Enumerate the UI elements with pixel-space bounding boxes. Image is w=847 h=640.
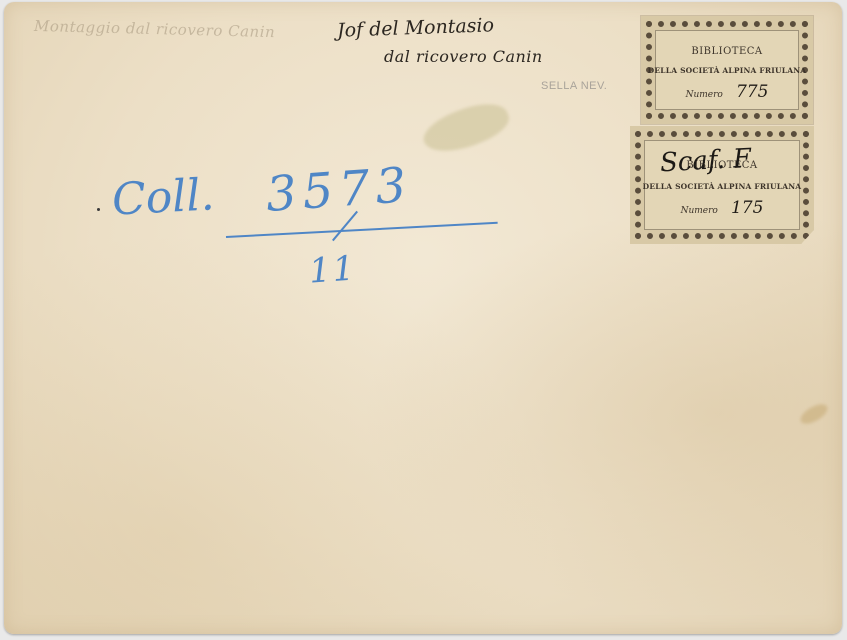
- label-number-row: Numero 175: [630, 198, 814, 218]
- photo-card-back: Montaggio dal ricovero Canin Jof del Mon…: [4, 2, 842, 634]
- library-label-2: BIBLIOTECA DELLA SOCIETÀ ALPINA FRIULANA…: [630, 126, 814, 244]
- label-number-value: 175: [731, 198, 763, 218]
- label-society: DELLA SOCIETÀ ALPINA FRIULANA: [630, 182, 814, 191]
- faint-handwritten-note: Montaggio dal ricovero Canin: [34, 17, 276, 41]
- library-label-1: BIBLIOTECA DELLA SOCIETÀ ALPINA FRIULANA…: [641, 16, 813, 124]
- label-number-caption: Numero: [681, 206, 718, 216]
- label-heading: BIBLIOTECA: [641, 46, 813, 57]
- label-number-value: 775: [736, 82, 768, 102]
- paper-stain: [418, 94, 514, 162]
- label-society: DELLA SOCIETÀ ALPINA FRIULANA: [641, 66, 813, 75]
- paper-stain-small: [798, 400, 831, 427]
- title-line-2: dal ricovero Canin: [384, 47, 543, 66]
- inventory-underline: [226, 222, 498, 238]
- inventory-prefix: Coll.: [111, 169, 216, 225]
- inventory-sub-number: 11: [308, 248, 358, 291]
- ink-dot: [97, 208, 100, 211]
- shelf-mark-overwrite: Scaf. F: [659, 144, 752, 179]
- label-number-caption: Numero: [686, 90, 723, 100]
- title-line-1: Jof del Montasio: [337, 14, 495, 41]
- pencil-note: SELLA NEV.: [541, 80, 607, 92]
- inventory-number: 3573: [264, 157, 414, 223]
- label-number-row: Numero 775: [641, 82, 813, 102]
